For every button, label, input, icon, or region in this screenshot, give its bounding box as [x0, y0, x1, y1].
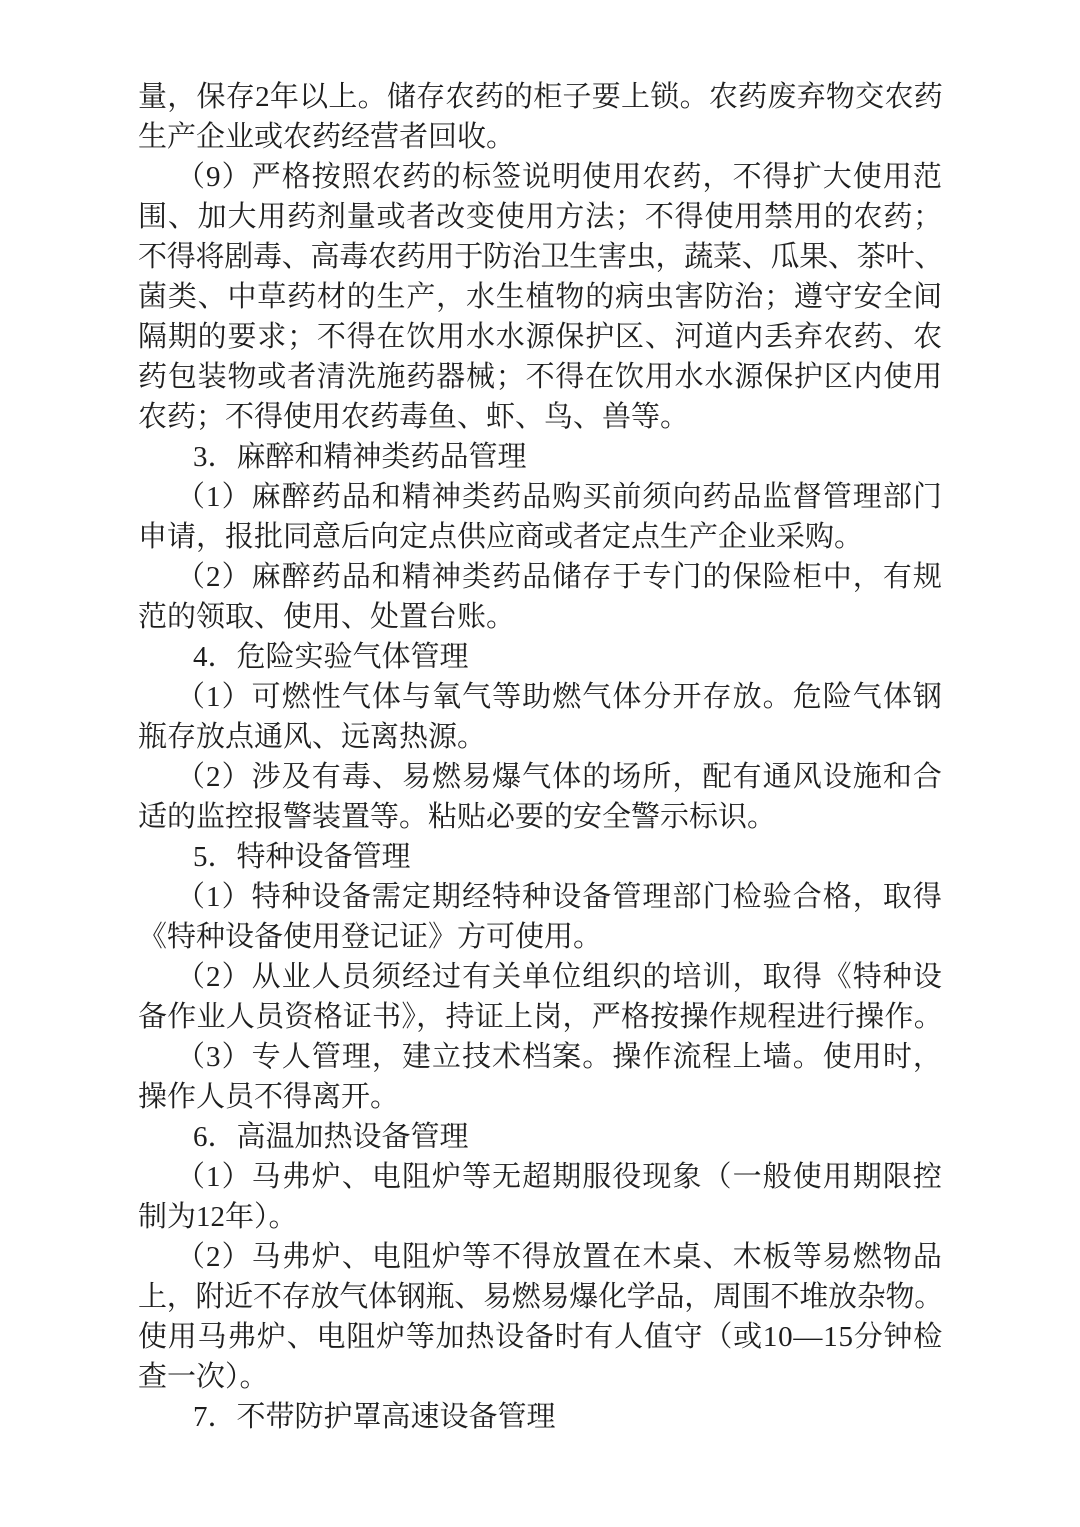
text-line-content: 量，保存2年以上。储存农药的柜子要上锁。农药废弃物交农药 — [138, 77, 943, 117]
text-line-content: 瓶存放点通风、远离热源。 — [138, 717, 486, 757]
text-line-content: 使用马弗炉、电阻炉等加热设备时有人值守（或10—15分钟检 — [138, 1317, 943, 1357]
text-line-content: 操作人员不得离开。 — [138, 1077, 399, 1117]
text-line: 《特种设备使用登记证》方可使用。 — [138, 917, 943, 957]
text-line-content: 《特种设备使用登记证》方可使用。 — [138, 917, 602, 957]
text-line: 操作人员不得离开。 — [138, 1077, 943, 1117]
text-line-content: 备作业人员资格证书》，持证上岗，严格按操作规程进行操作。 — [138, 997, 943, 1037]
text-line-content: （2）麻醉药品和精神类药品储存于专门的保险柜中，有规 — [176, 557, 943, 597]
text-line-content: （3）专人管理，建立技术档案。操作流程上墙。使用时， — [176, 1037, 943, 1077]
text-line: 围、加大用药剂量或者改变使用方法；不得使用禁用的农药； — [138, 197, 943, 237]
text-line-content: 查一次）。 — [138, 1357, 269, 1397]
text-line: 范的领取、使用、处置台账。 — [138, 597, 943, 637]
text-line-content: （1）麻醉药品和精神类药品购买前须向药品监督管理部门 — [176, 477, 943, 517]
text-line-content: 上，附近不存放气体钢瓶、易燃易爆化学品，周围不堆放杂物。 — [138, 1277, 943, 1317]
text-line: 使用马弗炉、电阻炉等加热设备时有人值守（或10—15分钟检 — [138, 1317, 943, 1357]
text-line: （1）可燃性气体与氧气等助燃气体分开存放。危险气体钢 — [138, 677, 943, 717]
text-line-content: （1）特种设备需定期经特种设备管理部门检验合格，取得 — [176, 877, 943, 917]
text-line: 不得将剧毒、高毒农药用于防治卫生害虫，蔬菜、瓜果、茶叶、 — [138, 237, 943, 277]
text-line-content: 不得将剧毒、高毒农药用于防治卫生害虫，蔬菜、瓜果、茶叶、 — [138, 237, 943, 277]
text-line: （2）麻醉药品和精神类药品储存于专门的保险柜中，有规 — [138, 557, 943, 597]
text-line: 隔期的要求；不得在饮用水水源保护区、河道内丢弃农药、农 — [138, 317, 943, 357]
text-line-content: 4．危险实验气体管理 — [193, 637, 469, 677]
text-line-content: 适的监控报警装置等。粘贴必要的安全警示标识。 — [138, 797, 776, 837]
text-line-content: 范的领取、使用、处置台账。 — [138, 597, 515, 637]
text-line: 申请，报批同意后向定点供应商或者定点生产企业采购。 — [138, 517, 943, 557]
text-line-content: 菌类、中草药材的生产，水生植物的病虫害防治；遵守安全间 — [138, 277, 943, 317]
text-line-content: （9）严格按照农药的标签说明使用农药，不得扩大使用范 — [176, 157, 943, 197]
text-line-content: 6．高温加热设备管理 — [193, 1117, 469, 1157]
text-line-content: 申请，报批同意后向定点供应商或者定点生产企业采购。 — [138, 517, 863, 557]
text-line-content: （2）马弗炉、电阻炉等不得放置在木桌、木板等易燃物品 — [176, 1237, 943, 1277]
text-line-content: （1）马弗炉、电阻炉等无超期服役现象（一般使用期限控 — [176, 1157, 943, 1197]
text-line: 药包装物或者清洗施药器械；不得在饮用水水源保护区内使用 — [138, 357, 943, 397]
text-line: 6．高温加热设备管理 — [138, 1117, 943, 1157]
text-line-content: （2）涉及有毒、易燃易爆气体的场所，配有通风设施和合 — [176, 757, 943, 797]
text-line: 生产企业或农药经营者回收。 — [138, 117, 943, 157]
text-line: 瓶存放点通风、远离热源。 — [138, 717, 943, 757]
text-line: 3．麻醉和精神类药品管理 — [138, 437, 943, 477]
text-line: （2）马弗炉、电阻炉等不得放置在木桌、木板等易燃物品 — [138, 1237, 943, 1277]
text-line-content: 药包装物或者清洗施药器械；不得在饮用水水源保护区内使用 — [138, 357, 943, 397]
text-line: （9）严格按照农药的标签说明使用农药，不得扩大使用范 — [138, 157, 943, 197]
text-line-content: 3．麻醉和精神类药品管理 — [193, 437, 527, 477]
text-line-content: 隔期的要求；不得在饮用水水源保护区、河道内丢弃农药、农 — [138, 317, 943, 357]
text-line-content: 制为12年）。 — [138, 1197, 298, 1237]
document-text-block: 量，保存2年以上。储存农药的柜子要上锁。农药废弃物交农药生产企业或农药经营者回收… — [138, 77, 943, 1437]
text-line: 7．不带防护罩高速设备管理 — [138, 1397, 943, 1437]
text-line-content: （1）可燃性气体与氧气等助燃气体分开存放。危险气体钢 — [176, 677, 943, 717]
text-line-content: 围、加大用药剂量或者改变使用方法；不得使用禁用的农药； — [138, 197, 943, 237]
text-line: （1）特种设备需定期经特种设备管理部门检验合格，取得 — [138, 877, 943, 917]
text-line: 上，附近不存放气体钢瓶、易燃易爆化学品，周围不堆放杂物。 — [138, 1277, 943, 1317]
text-line: 制为12年）。 — [138, 1197, 943, 1237]
text-line-content: 7．不带防护罩高速设备管理 — [193, 1397, 556, 1437]
text-line: 4．危险实验气体管理 — [138, 637, 943, 677]
document-page: 量，保存2年以上。储存农药的柜子要上锁。农药废弃物交农药生产企业或农药经营者回收… — [0, 0, 1080, 1527]
text-line-content: 5．特种设备管理 — [193, 837, 411, 877]
text-line-content: （2）从业人员须经过有关单位组织的培训，取得《特种设 — [176, 957, 943, 997]
text-line-content: 农药；不得使用农药毒鱼、虾、鸟、兽等。 — [138, 397, 689, 437]
text-line: 查一次）。 — [138, 1357, 943, 1397]
text-line: 适的监控报警装置等。粘贴必要的安全警示标识。 — [138, 797, 943, 837]
text-line: 备作业人员资格证书》，持证上岗，严格按操作规程进行操作。 — [138, 997, 943, 1037]
text-line: （2）从业人员须经过有关单位组织的培训，取得《特种设 — [138, 957, 943, 997]
text-line: 量，保存2年以上。储存农药的柜子要上锁。农药废弃物交农药 — [138, 77, 943, 117]
text-line: 5．特种设备管理 — [138, 837, 943, 877]
text-line: （1）马弗炉、电阻炉等无超期服役现象（一般使用期限控 — [138, 1157, 943, 1197]
text-line-content: 生产企业或农药经营者回收。 — [138, 117, 515, 157]
text-line: （3）专人管理，建立技术档案。操作流程上墙。使用时， — [138, 1037, 943, 1077]
text-line: 农药；不得使用农药毒鱼、虾、鸟、兽等。 — [138, 397, 943, 437]
text-line: （2）涉及有毒、易燃易爆气体的场所，配有通风设施和合 — [138, 757, 943, 797]
text-line: （1）麻醉药品和精神类药品购买前须向药品监督管理部门 — [138, 477, 943, 517]
text-line: 菌类、中草药材的生产，水生植物的病虫害防治；遵守安全间 — [138, 277, 943, 317]
